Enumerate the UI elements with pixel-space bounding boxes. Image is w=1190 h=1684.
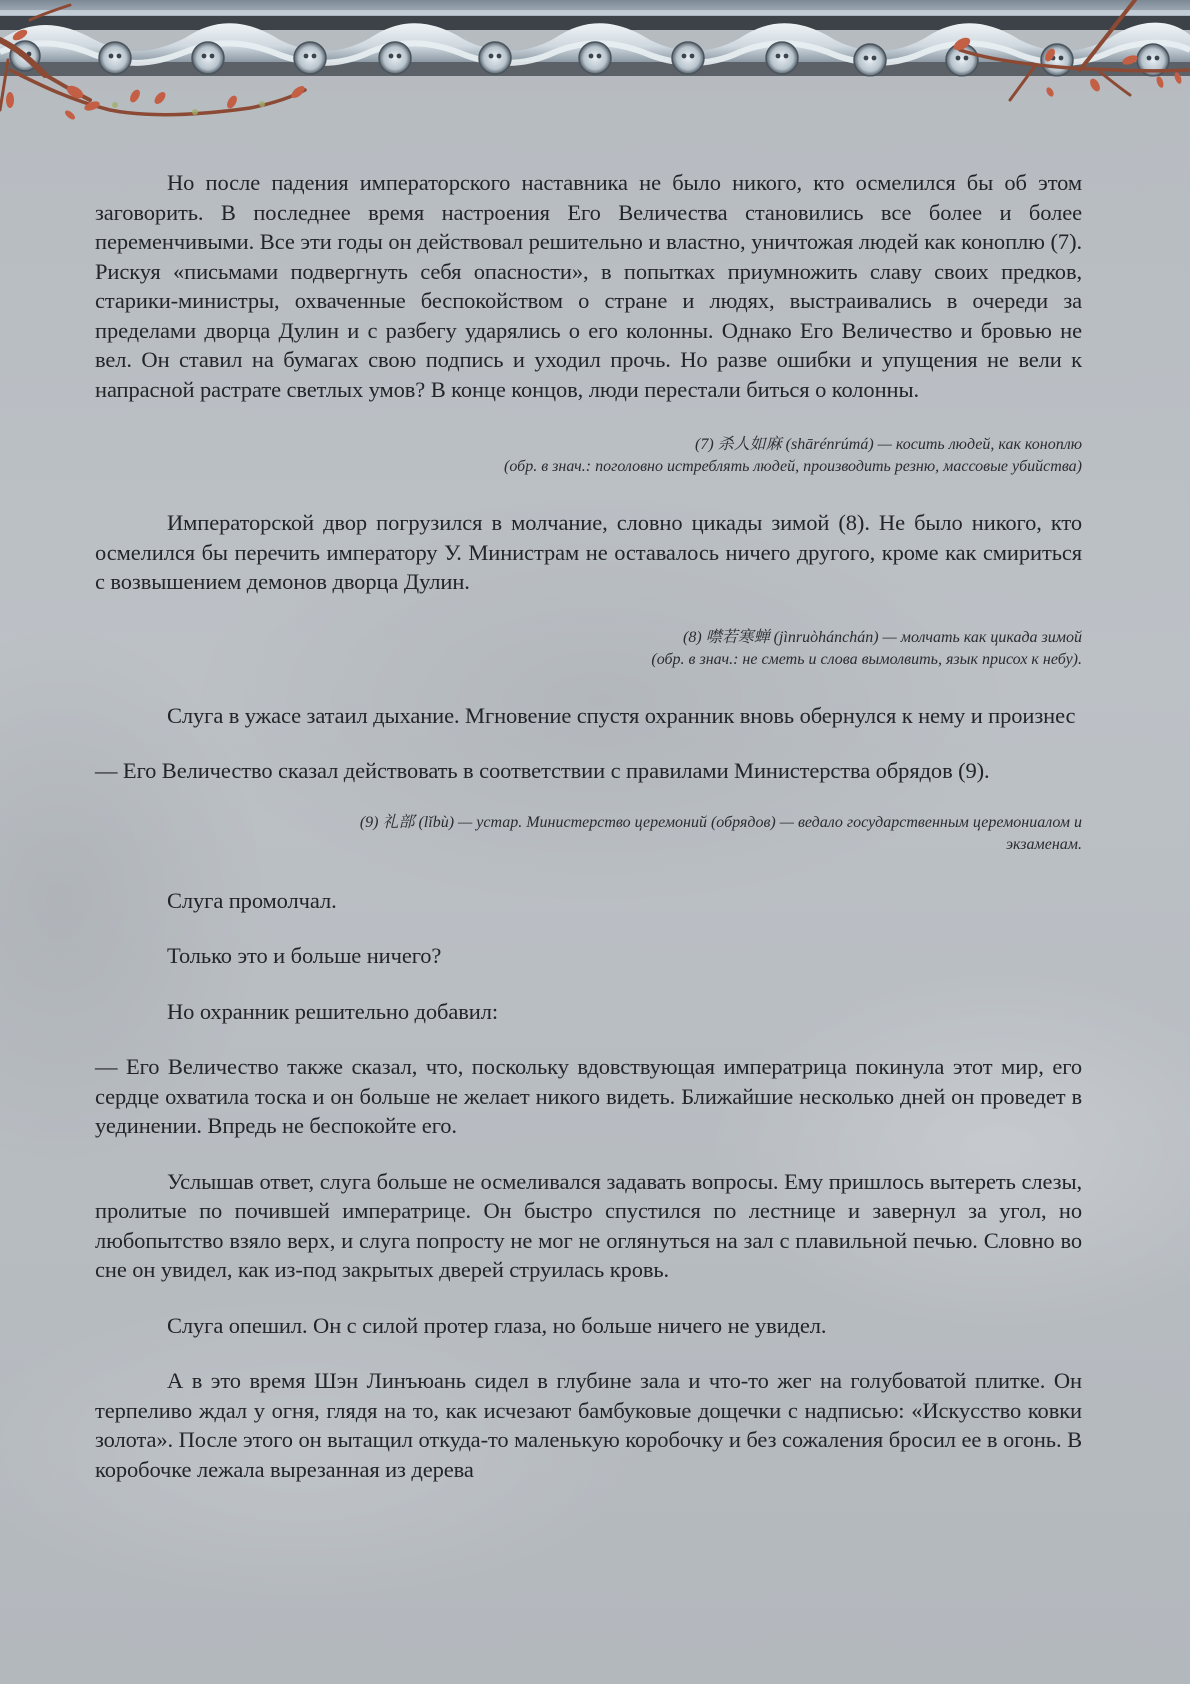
paragraph: Услышав ответ, слуга больше не осмеливал… bbox=[95, 1167, 1082, 1285]
paragraph: Императорской двор погрузился в молчание… bbox=[95, 508, 1082, 597]
dialogue-paragraph: — Его Величество сказал действовать в со… bbox=[95, 756, 1082, 786]
paragraph: Но охранник решительно добавил: bbox=[95, 997, 1082, 1027]
footnote-line: (обр. в знач.: поголовно истреблять люде… bbox=[95, 456, 1082, 478]
footnote-line: (8) 噤若寒蝉 (jìnruòhánchán) — молчать как ц… bbox=[95, 627, 1082, 649]
footnote-line: (9) 礼部 (lǐbù) — устар. Министерство цере… bbox=[95, 812, 1082, 834]
document-body: Но после падения императорского наставни… bbox=[95, 168, 1082, 1484]
paragraph: А в это время Шэн Линъюань сидел в глуби… bbox=[95, 1366, 1082, 1484]
footnote-9: (9) 礼部 (lǐbù) — устар. Министерство цере… bbox=[95, 812, 1082, 856]
paragraph: Слуга промолчал. bbox=[95, 886, 1082, 916]
roof-tiles-icon bbox=[0, 0, 1190, 90]
dialogue-paragraph: — Его Величество также сказал, что, поск… bbox=[95, 1052, 1082, 1141]
paragraph: Но после падения императорского наставни… bbox=[95, 168, 1082, 404]
footnote-line: (обр. в знач.: не сметь и слова вымолвит… bbox=[95, 649, 1082, 671]
footnote-7: (7) 杀人如麻 (shārénrúmá) — косить людей, ка… bbox=[95, 434, 1082, 478]
footnote-line: экзаменам. bbox=[95, 834, 1082, 856]
paragraph: Слуга опешил. Он с силой протер глаза, н… bbox=[95, 1311, 1082, 1341]
footnote-8: (8) 噤若寒蝉 (jìnruòhánchán) — молчать как ц… bbox=[95, 627, 1082, 671]
footnote-line: (7) 杀人如麻 (shārénrúmá) — косить людей, ка… bbox=[95, 434, 1082, 456]
paragraph: Слуга в ужасе затаил дыхание. Мгновение … bbox=[95, 701, 1082, 731]
paragraph: Только это и больше ничего? bbox=[95, 941, 1082, 971]
